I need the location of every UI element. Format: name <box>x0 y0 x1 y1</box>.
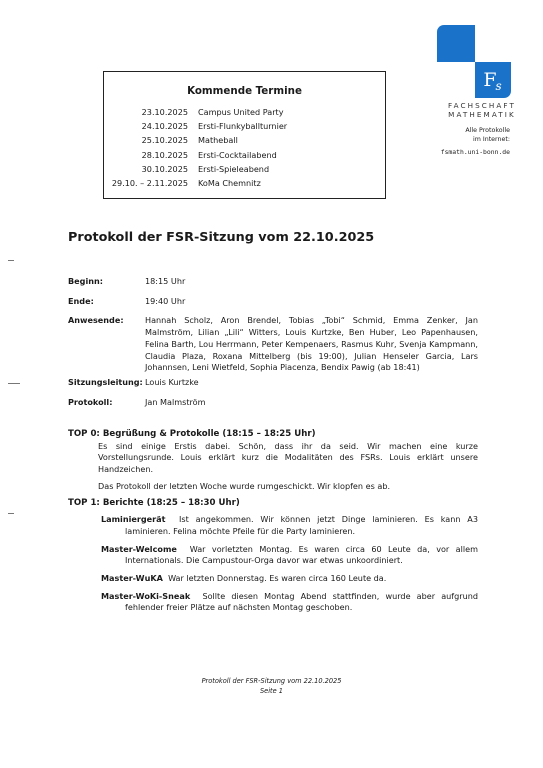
report-text: Ist angekommen. Wir können jetzt Dinge l… <box>125 514 478 536</box>
event-name: KoMa Chemnitz <box>198 178 261 188</box>
event-row: 25.10.2025Matheball <box>104 133 385 147</box>
upcoming-events-box: Kommende Termine 23.10.2025Campus United… <box>103 71 386 199</box>
meta-key: Protokoll: <box>68 397 145 409</box>
report-item: Master-Welcome War vorletzten Montag. Es… <box>101 544 478 567</box>
logo-monogram: Fs <box>477 64 509 96</box>
event-date: 25.10.2025 <box>104 135 188 145</box>
event-date: 29.10. – 2.11.2025 <box>104 178 188 188</box>
event-row: 29.10. – 2.11.2025KoMa Chemnitz <box>104 176 385 190</box>
archive-note: Alle Protokolle im Internet: <box>420 127 510 144</box>
meta-row-attendees: Anwesende:Hannah Scholz, Aron Brendel, T… <box>68 315 478 374</box>
event-name: Campus United Party <box>198 107 284 117</box>
event-row: 28.10.2025Ersti-Cocktailabend <box>104 148 385 162</box>
event-row: 24.10.2025Ersti-Flunkyballturnier <box>104 119 385 133</box>
report-label: Laminiergerät <box>101 514 165 524</box>
report-item: Master-WoKi-Sneak Sollte diesen Montag A… <box>101 591 478 614</box>
logo-monogram-f: F <box>483 69 496 91</box>
agenda-top-0: TOP 0: Begrüßung & Protokolle (18:15 – 1… <box>68 429 478 493</box>
event-date: 30.10.2025 <box>104 164 188 174</box>
event-row: 23.10.2025Campus United Party <box>104 105 385 119</box>
report-item: Laminiergerät Ist angekommen. Wir können… <box>101 514 478 537</box>
logo-monogram-s: s <box>496 79 502 93</box>
event-date: 24.10.2025 <box>104 121 188 131</box>
archive-url-link[interactable]: fsmath.uni-bonn.de <box>400 148 510 156</box>
meta-key: Sitzungsleitung: <box>68 377 145 389</box>
margin-mark <box>8 383 20 384</box>
top-paragraph: Es sind einige Erstis dabei. Schön, dass… <box>98 441 478 476</box>
meta-row-end: Ende:19:40 Uhr <box>68 296 478 308</box>
meta-row-minutes: Protokoll:Jan Malmström <box>68 397 478 409</box>
archive-line-2: im Internet: <box>420 136 510 145</box>
meta-value: 19:40 Uhr <box>145 296 478 308</box>
meta-value: Louis Kurtzke <box>145 377 478 389</box>
footer-title: Protokoll der FSR-Sitzung vom 22.10.2025 <box>0 676 543 686</box>
margin-mark <box>8 260 14 261</box>
top-heading: TOP 0: Begrüßung & Protokolle (18:15 – 1… <box>68 429 478 441</box>
report-label: Master-WoKi-Sneak <box>101 591 190 601</box>
logo-square-top <box>437 25 475 62</box>
margin-mark <box>8 513 14 514</box>
page-footer: Protokoll der FSR-Sitzung vom 22.10.2025… <box>0 676 543 696</box>
logo-text: FACHSCHAFT MATHEMATIK <box>432 101 532 119</box>
event-date: 23.10.2025 <box>104 107 188 117</box>
page-title: Protokoll der FSR-Sitzung vom 22.10.2025 <box>68 230 374 245</box>
report-label: Master-Welcome <box>101 544 177 554</box>
upcoming-events-title: Kommende Termine <box>104 85 385 97</box>
logo-line-2: MATHEMATIK <box>432 110 532 119</box>
meta-key: Ende: <box>68 296 145 308</box>
report-text: War vorletzten Montag. Es waren circa 60… <box>125 544 478 566</box>
event-name: Ersti-Spieleabend <box>198 164 269 174</box>
meta-key: Beginn: <box>68 276 145 288</box>
top-paragraph: Das Protokoll der letzten Woche wurde ru… <box>98 481 478 493</box>
event-row: 30.10.2025Ersti-Spieleabend <box>104 162 385 176</box>
meta-value: Jan Malmström <box>145 397 478 409</box>
top-heading: TOP 1: Berichte (18:25 – 18:30 Uhr) <box>68 498 478 510</box>
report-text: War letzten Donnerstag. Es waren circa 1… <box>168 573 386 583</box>
agenda: TOP 0: Begrüßung & Protokolle (18:15 – 1… <box>68 429 478 620</box>
meta-row-chair: Sitzungsleitung:Louis Kurtzke <box>68 377 478 389</box>
event-name: Ersti-Cocktailabend <box>198 150 277 160</box>
report-item: Master-WuKA War letzten Donnerstag. Es w… <box>101 573 478 585</box>
meta-value: Hannah Scholz, Aron Brendel, Tobias „Tob… <box>145 315 478 374</box>
meta-value: 18:15 Uhr <box>145 276 478 288</box>
footer-page-number: Seite 1 <box>0 686 543 696</box>
event-date: 28.10.2025 <box>104 150 188 160</box>
event-name: Matheball <box>198 135 238 145</box>
logo-line-1: FACHSCHAFT <box>432 101 532 110</box>
meta-key: Anwesende: <box>68 315 145 374</box>
report-label: Master-WuKA <box>101 573 163 583</box>
meta-row-begin: Beginn:18:15 Uhr <box>68 276 478 288</box>
upcoming-events-list: 23.10.2025Campus United Party 24.10.2025… <box>104 105 385 190</box>
agenda-top-1: TOP 1: Berichte (18:25 – 18:30 Uhr) Lami… <box>68 498 478 615</box>
meeting-meta: Beginn:18:15 Uhr Ende:19:40 Uhr Anwesend… <box>68 276 478 416</box>
archive-line-1: Alle Protokolle <box>420 127 510 136</box>
event-name: Ersti-Flunkyballturnier <box>198 121 287 131</box>
